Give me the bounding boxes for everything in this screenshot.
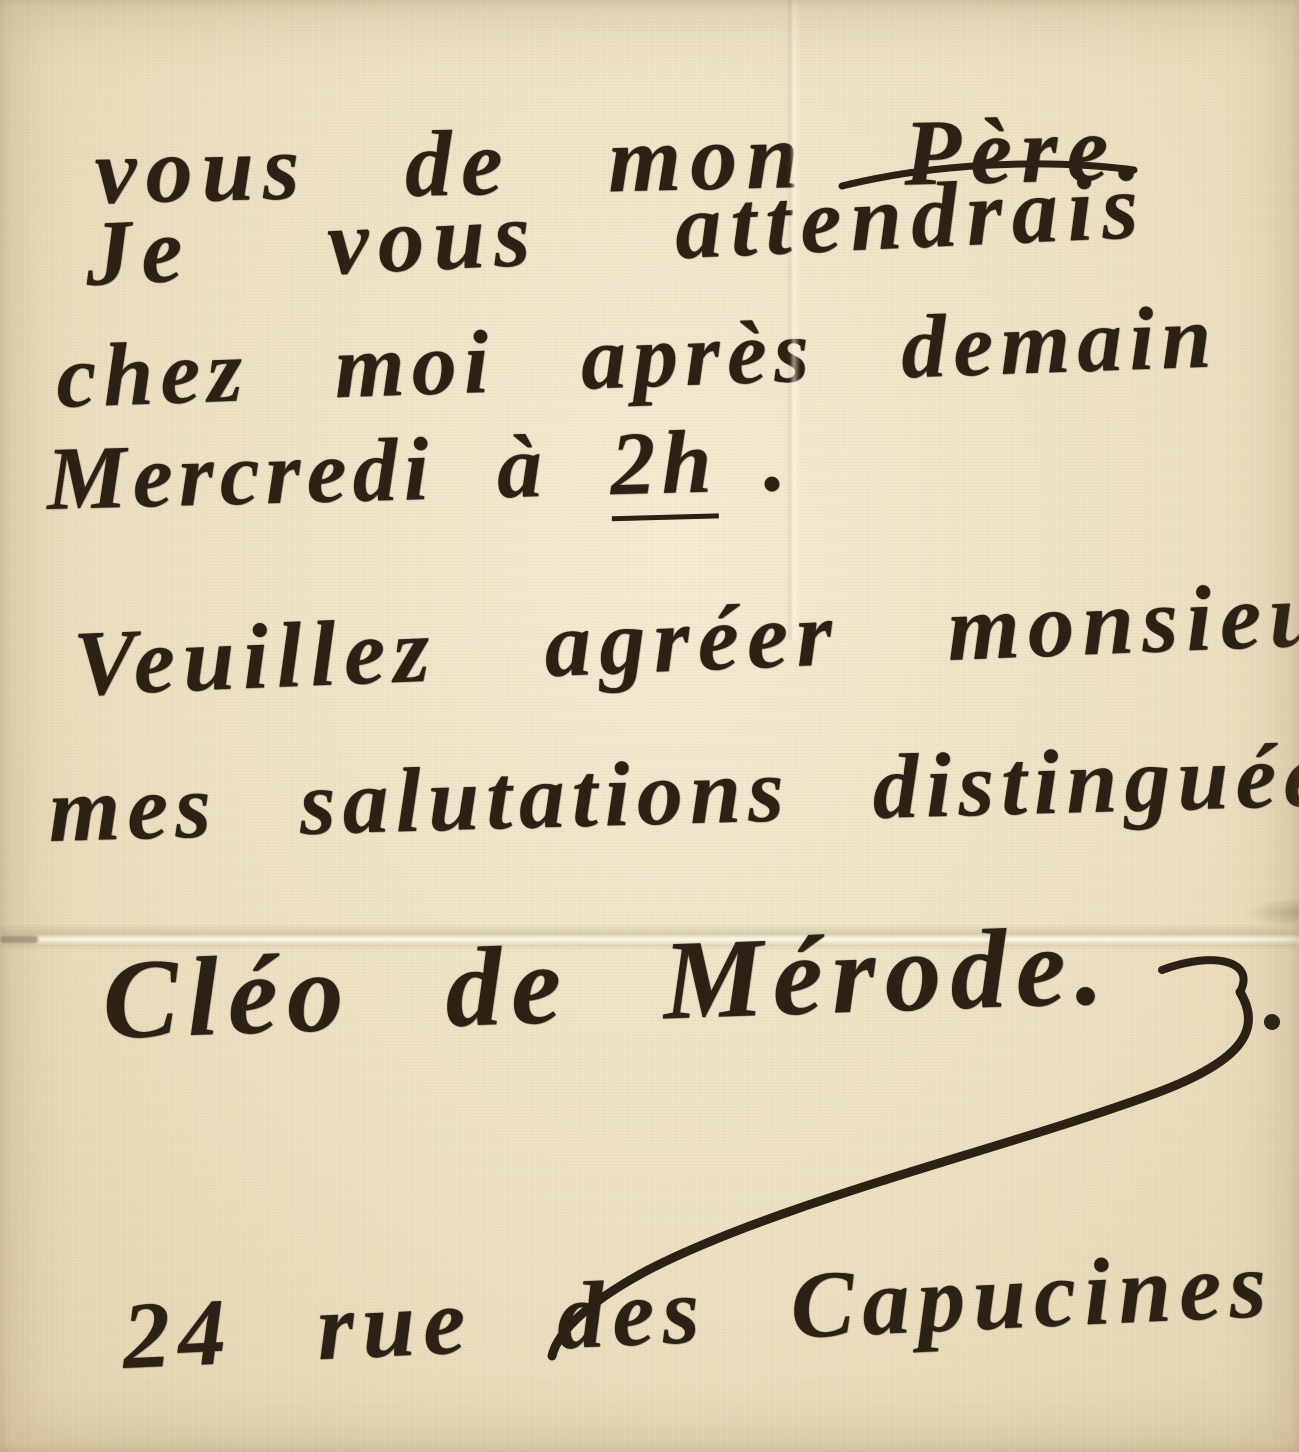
underlined-time: 2h	[609, 412, 719, 521]
letter-line-3: chez moi après demain	[54, 285, 1219, 429]
letter-line-4-period: .	[762, 411, 793, 511]
signature: Cléo de Mérode.	[100, 901, 1114, 1066]
signature-period-dot	[1264, 1014, 1280, 1030]
scanned-letter-page: vous de mon Père. Je vous attendrais che…	[0, 0, 1299, 1452]
letter-line-4: Mercredi à 2h.	[45, 409, 793, 532]
letter-line-5: Veuillez agréer monsieur	[72, 560, 1299, 719]
letter-line-4-prefix: Mercredi à	[45, 417, 549, 529]
address-line: 24 rue des Capucines	[120, 1230, 1276, 1391]
fold-crease-left-notch	[0, 936, 38, 943]
letter-line-6: mes salutations distinguées	[47, 721, 1299, 864]
fold-crease-right-notch	[1247, 898, 1299, 928]
signature-tail-stroke	[1162, 960, 1244, 992]
